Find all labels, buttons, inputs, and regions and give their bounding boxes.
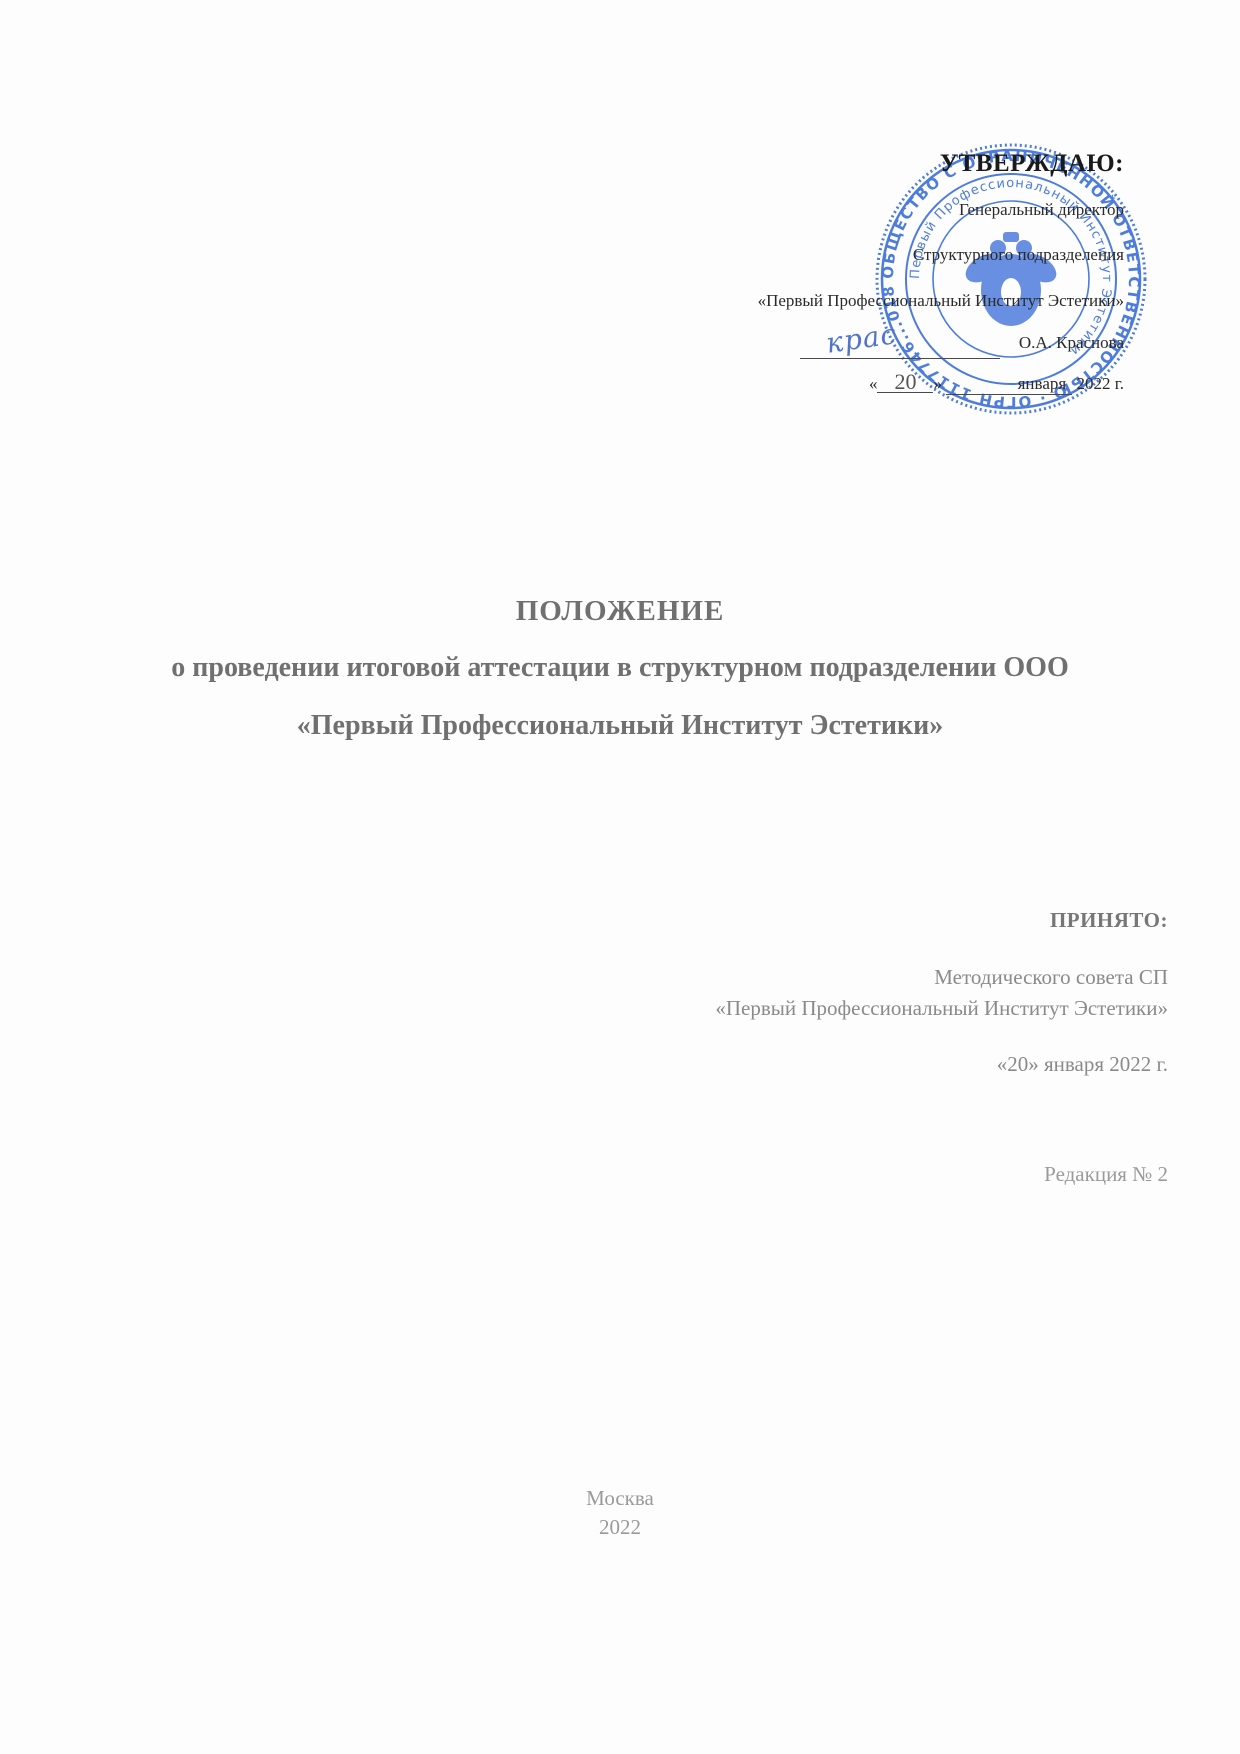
document-subtitle-line2: «Первый Профессиональный Институт Эстети… xyxy=(0,710,1240,742)
footer-year: 2022 xyxy=(0,1515,1240,1540)
accepted-body-line2: «Первый Профессиональный Институт Эстети… xyxy=(715,996,1168,1021)
approval-organization: «Первый Профессиональный Институт Эстети… xyxy=(758,291,1124,311)
date-year: 2022 г. xyxy=(1076,374,1124,393)
date-open-quote: « xyxy=(869,374,878,393)
document-subtitle-line1: о проведении итоговой аттестации в струк… xyxy=(0,652,1240,684)
accepted-body-line1: Методического совета СП xyxy=(934,965,1168,990)
date-close-quote: » xyxy=(933,374,942,393)
date-month: января xyxy=(946,374,1072,395)
approval-heading: УТВЕРЖДАЮ: xyxy=(940,150,1124,178)
accepted-date: «20» января 2022 г. xyxy=(997,1052,1168,1077)
accepted-heading: ПРИНЯТО: xyxy=(1050,908,1168,933)
footer-city: Москва xyxy=(0,1486,1240,1511)
signature-line xyxy=(800,358,1000,359)
approval-position-line1: Генеральный директор xyxy=(959,200,1124,220)
handwritten-signature: крас xyxy=(824,317,899,360)
signatory-name: О.А. Краснова xyxy=(1019,333,1124,353)
approval-position-line2: Структурного подразделения xyxy=(913,245,1124,265)
date-day: 20 xyxy=(877,372,933,393)
edition-number: Редакция № 2 xyxy=(1044,1162,1168,1187)
document-title: ПОЛОЖЕНИЕ xyxy=(0,595,1240,628)
approval-date: «20» января 2022 г. xyxy=(869,372,1124,395)
